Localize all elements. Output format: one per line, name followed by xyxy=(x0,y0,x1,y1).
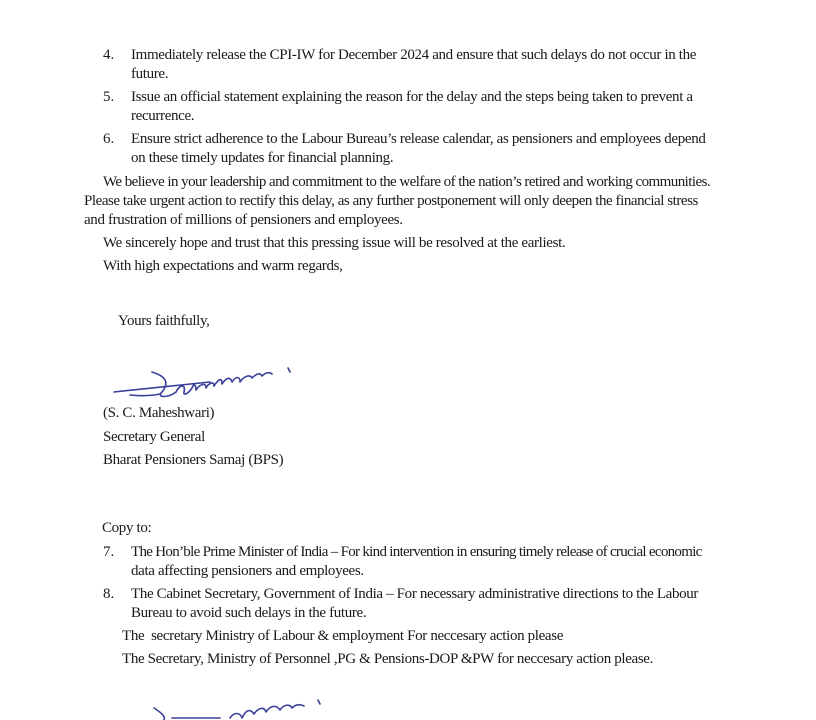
list-item-text: The Hon’ble Prime Minister of India – Fo… xyxy=(131,543,702,561)
list-item-text: Issue an official statement explaining t… xyxy=(131,88,693,106)
signatory-designation: Secretary General xyxy=(103,428,205,446)
copy-to-heading: Copy to: xyxy=(102,519,151,537)
paragraph-text: and frustration of millions of pensioner… xyxy=(84,211,403,229)
list-item-text: Immediately release the CPI-IW for Decem… xyxy=(131,46,696,64)
paragraph-text: Please take urgent action to rectify thi… xyxy=(84,192,698,210)
list-item-text: recurrence. xyxy=(131,107,194,125)
paragraph-text: We sincerely hope and trust that this pr… xyxy=(103,234,565,252)
list-number: 7. xyxy=(103,543,114,561)
paragraph-text: We believe in your leadership and commit… xyxy=(103,173,710,191)
list-number: 4. xyxy=(103,46,114,64)
copy-to-line: The secretary Ministry of Labour & emplo… xyxy=(122,627,563,645)
signature-image xyxy=(110,362,320,410)
list-number: 5. xyxy=(103,88,114,106)
letter-page: 4. Immediately release the CPI-IW for De… xyxy=(0,0,816,720)
list-item-text: data affecting pensioners and employees. xyxy=(131,562,364,580)
list-item-text: future. xyxy=(131,65,168,83)
copy-to-line: The Secretary, Ministry of Personnel ,PG… xyxy=(122,650,653,668)
salutation: Yours faithfully, xyxy=(118,312,210,330)
list-item-text: Bureau to avoid such delays in the futur… xyxy=(131,604,366,622)
list-item-text: Ensure strict adherence to the Labour Bu… xyxy=(131,130,706,148)
list-item-text: The Cabinet Secretary, Government of Ind… xyxy=(131,585,698,603)
paragraph-text: With high expectations and warm regards, xyxy=(103,257,342,275)
list-item-text: on these timely updates for financial pl… xyxy=(131,149,393,167)
signature-image xyxy=(150,698,340,720)
list-number: 8. xyxy=(103,585,114,603)
signatory-name: (S. C. Maheshwari) xyxy=(103,404,214,422)
signatory-organization: Bharat Pensioners Samaj (BPS) xyxy=(103,451,283,469)
list-number: 6. xyxy=(103,130,114,148)
